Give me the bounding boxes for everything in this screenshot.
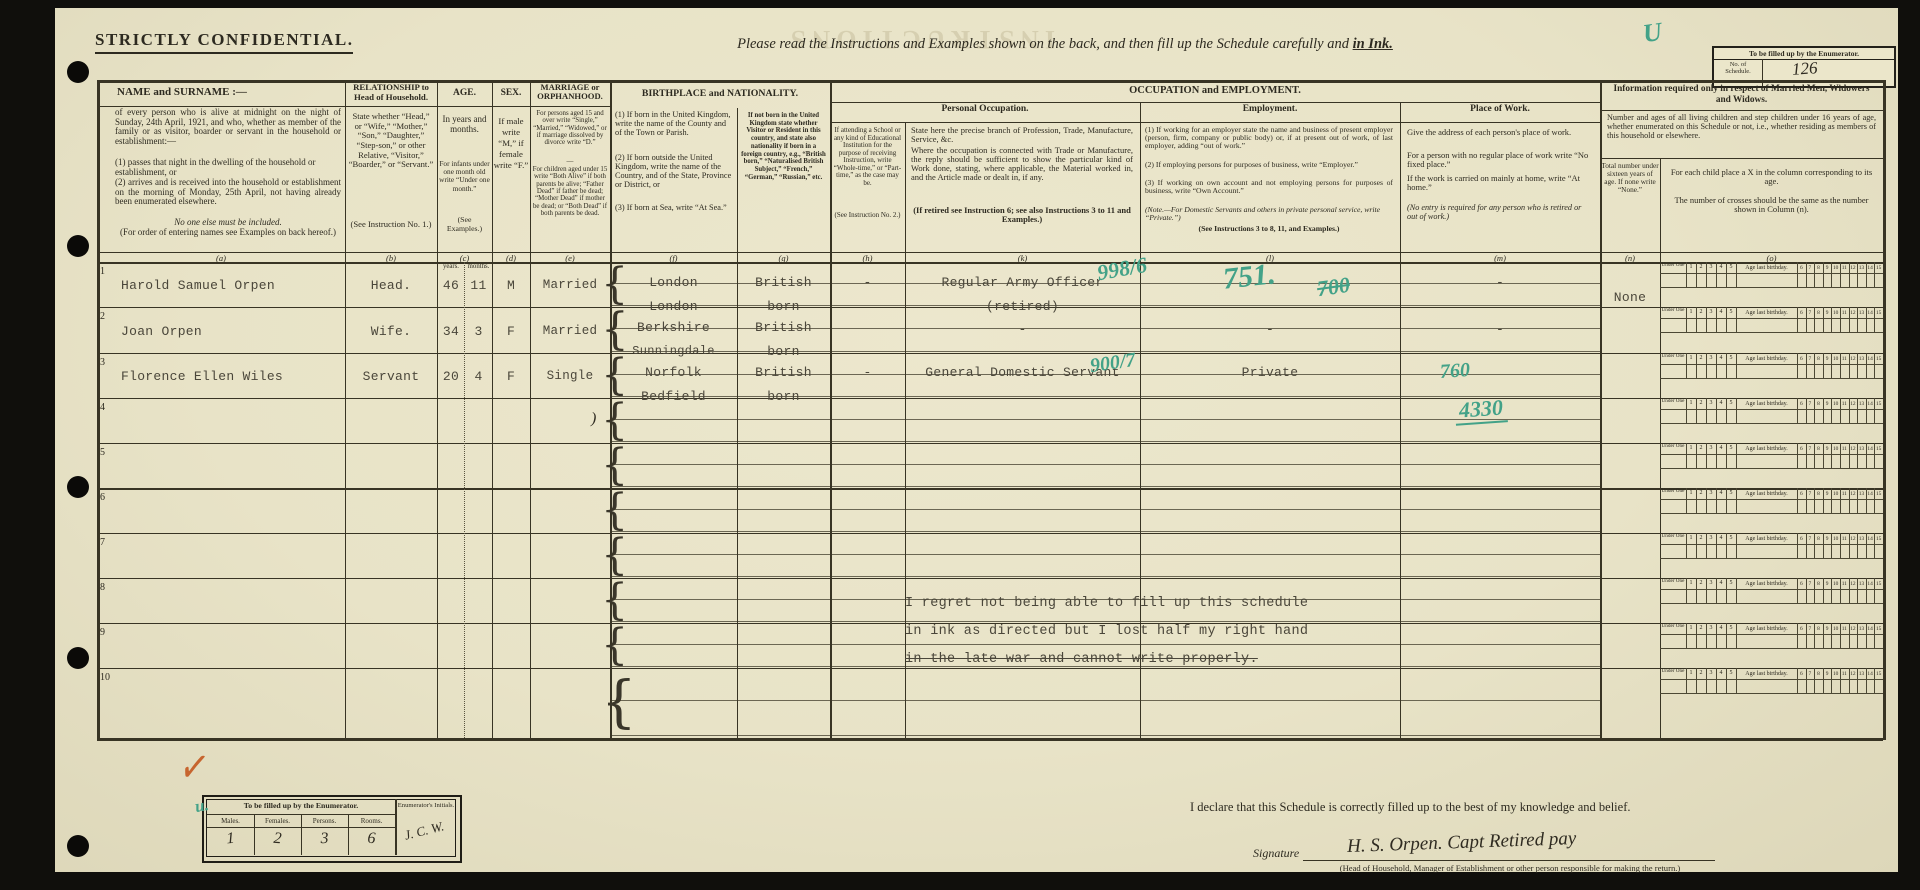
crosses-under-one-label: Under One	[1660, 399, 1686, 404]
crosses-age-cell-label: 1	[1686, 535, 1696, 541]
crosses-age-cell-label: 3	[1706, 309, 1716, 315]
crosses-age-cell-label: 6	[1797, 446, 1806, 452]
grid-hline	[97, 262, 1883, 264]
row-brace: {	[601, 623, 628, 668]
write-line	[610, 621, 1600, 622]
crosses-age-cell-label: 8	[1814, 265, 1823, 271]
cell-total-under16-1: None	[1600, 290, 1660, 305]
crosses-age-last-birthday-label: Age last birthday.	[1736, 491, 1797, 497]
cell-birthplace-line1-1: London	[610, 275, 737, 290]
crosses-grid-hline	[1660, 679, 1883, 680]
crosses-age-cell-label: 6	[1797, 626, 1806, 632]
crosses-age-cell-label: 10	[1831, 491, 1840, 497]
crosses-age-cell-label: 9	[1823, 310, 1832, 316]
crosses-age-cell-label: 10	[1831, 446, 1840, 452]
crosses-age-cell-label: 3	[1706, 490, 1716, 496]
row-number: 7	[100, 537, 114, 548]
crosses-age-cell-label: 9	[1823, 491, 1832, 497]
crosses-age-cell-label: 12	[1849, 491, 1858, 497]
crosses-age-cell-label: 1	[1686, 355, 1696, 361]
crosses-grid-hline	[1660, 544, 1883, 545]
crosses-under-one-label: Under One	[1660, 354, 1686, 359]
crosses-age-cell-label: 3	[1706, 580, 1716, 586]
row-brace: {	[601, 578, 628, 623]
cell-sex-2: F	[492, 324, 530, 339]
crosses-age-cell-label: 2	[1696, 445, 1706, 451]
enumerator-females-value: 2	[253, 828, 301, 849]
cell-age-years-3: 20	[438, 369, 464, 384]
row4-pen-mark: )	[591, 410, 596, 428]
crosses-age-cell-label: 8	[1814, 401, 1823, 407]
crosses-under-one-label: Under One	[1660, 263, 1686, 268]
grid-hline	[97, 488, 1883, 490]
crosses-age-cell-label: 9	[1823, 626, 1832, 632]
enumerator-col-rooms: Rooms.	[348, 817, 395, 825]
crosses-age-cell-label: 4	[1716, 309, 1726, 315]
crosses-grid-hline	[1660, 603, 1883, 604]
row-number: 10	[100, 672, 114, 683]
crosses-age-cell-label: 4	[1716, 625, 1726, 631]
signature-label: Signature	[1253, 846, 1299, 861]
crosses-age-cell-label: 7	[1806, 671, 1815, 677]
write-line	[610, 700, 1600, 701]
crosses-age-cell-label: 5	[1726, 309, 1736, 315]
crosses-age-cell-label: 15	[1874, 356, 1883, 362]
cell-name-1: Harold Samuel Orpen	[121, 278, 275, 293]
grid-hline	[1600, 158, 1883, 159]
cell-school-1: -	[830, 275, 905, 290]
green-employment-code-struck-1: 700	[1315, 272, 1351, 302]
crosses-age-cell-label: 13	[1857, 356, 1866, 362]
crosses-under-one-label: Under One	[1660, 579, 1686, 584]
crosses-age-cell-label: 2	[1696, 535, 1706, 541]
crosses-age-last-birthday-label: Age last birthday.	[1736, 310, 1797, 316]
crosses-age-cell-label: 7	[1806, 626, 1815, 632]
crosses-age-cell-label: 8	[1814, 626, 1823, 632]
write-line	[610, 441, 1600, 442]
row-brace: {	[601, 668, 637, 738]
grid-vline	[437, 80, 438, 738]
crosses-grid-hline	[1660, 468, 1883, 469]
cell-birthplace-line2-3: Bedfield	[610, 389, 737, 404]
cell-age-years-1: 46	[438, 278, 464, 293]
write-line	[610, 554, 1600, 555]
crosses-age-cell-label: 2	[1696, 670, 1706, 676]
crosses-age-cell-label: 4	[1716, 400, 1726, 406]
grid-hline	[97, 353, 1883, 354]
row-number: 8	[100, 582, 114, 593]
crosses-age-cell-label: 14	[1866, 671, 1875, 677]
crosses-age-cell-label: 1	[1686, 400, 1696, 406]
cell-birthplace-line1-3: Norfolk	[610, 365, 737, 380]
crosses-age-cell-label: 2	[1696, 490, 1706, 496]
cell-birthplace-line2-2: Sunningdale	[610, 344, 737, 358]
cell-birthplace-line2-1: London	[610, 299, 737, 314]
write-line	[610, 486, 1600, 487]
crosses-age-cell-label: 8	[1814, 671, 1823, 677]
crosses-age-cell-label: 11	[1840, 536, 1849, 542]
crosses-age-cell-label: 10	[1831, 356, 1840, 362]
crosses-age-cell-label: 6	[1797, 491, 1806, 497]
enumerator-summary-box: To be filled up by the Enumerator. Males…	[202, 795, 462, 863]
crosses-age-cell-label: 7	[1806, 401, 1815, 407]
enumerator-persons-value: 3	[301, 829, 349, 849]
crosses-age-cell-label: 2	[1696, 264, 1706, 270]
crosses-age-cell-label: 11	[1840, 581, 1849, 587]
crosses-age-cell-label: 3	[1706, 625, 1716, 631]
crosses-under-one-label: Under One	[1660, 669, 1686, 674]
crosses-age-cell-label: 3	[1706, 264, 1716, 270]
cell-nationality-line2-1: born	[737, 299, 830, 314]
crosses-age-cell-label: 11	[1840, 446, 1849, 452]
crosses-grid-hline	[1660, 409, 1883, 410]
green-employment-code-1: 751.	[1221, 257, 1277, 296]
green-place-code-3: 760	[1439, 359, 1471, 384]
crosses-age-cell-label: 3	[1706, 400, 1716, 406]
signature-line	[1303, 860, 1715, 861]
crosses-grid-hline	[1660, 273, 1883, 274]
crosses-age-cell-label: 2	[1696, 400, 1706, 406]
crosses-age-cell-label: 10	[1831, 581, 1840, 587]
cell-relationship-3: Servant	[345, 369, 437, 384]
crosses-age-cell-label: 11	[1840, 265, 1849, 271]
crosses-age-cell-label: 6	[1797, 356, 1806, 362]
crosses-age-cell-label: 15	[1874, 491, 1883, 497]
crosses-age-cell-label: 7	[1806, 446, 1815, 452]
grid-vline	[1600, 80, 1602, 738]
crosses-age-cell-label: 8	[1814, 446, 1823, 452]
cell-name-2: Joan Orpen	[121, 324, 202, 339]
crosses-age-cell-label: 4	[1716, 580, 1726, 586]
crosses-age-last-birthday-label: Age last birthday.	[1736, 626, 1797, 632]
crosses-grid-hline	[1660, 318, 1883, 319]
crosses-age-cell-label: 5	[1726, 625, 1736, 631]
crosses-age-cell-label: 4	[1716, 355, 1726, 361]
crosses-grid-hline	[1660, 634, 1883, 635]
crosses-age-cell-label: 8	[1814, 491, 1823, 497]
cell-nationality-line1-2: British	[737, 320, 830, 335]
crosses-age-cell-label: 12	[1849, 446, 1858, 452]
crosses-age-cell-label: 7	[1806, 581, 1815, 587]
crosses-age-cell-label: 2	[1696, 309, 1706, 315]
cell-school-3: -	[830, 365, 905, 380]
crosses-age-cell-label: 1	[1686, 445, 1696, 451]
crosses-age-cell-label: 1	[1686, 670, 1696, 676]
crosses-grid-hline	[1660, 454, 1883, 455]
write-line	[610, 509, 1600, 510]
crosses-age-cell-label: 5	[1726, 670, 1736, 676]
crosses-age-cell-label: 6	[1797, 401, 1806, 407]
crosses-age-cell-label: 15	[1874, 401, 1883, 407]
row-number: 3	[100, 357, 114, 368]
enumerator-col-males: Males.	[207, 817, 254, 825]
crosses-age-cell-label: 14	[1866, 536, 1875, 542]
row-brace: {	[601, 443, 628, 488]
crosses-age-cell-label: 13	[1857, 581, 1866, 587]
crosses-age-cell-label: 7	[1806, 536, 1815, 542]
crosses-age-cell-label: 14	[1866, 401, 1875, 407]
crosses-age-cell-label: 12	[1849, 581, 1858, 587]
grid-vline	[830, 80, 832, 738]
crosses-age-cell-label: 15	[1874, 581, 1883, 587]
crosses-age-cell-label: 3	[1706, 355, 1716, 361]
crosses-age-cell-label: 15	[1874, 626, 1883, 632]
row-number: 4	[100, 402, 114, 413]
crosses-grid-hline	[1660, 378, 1883, 379]
crosses-age-cell-label: 7	[1806, 310, 1815, 316]
crosses-age-cell-label: 6	[1797, 671, 1806, 677]
grid-hline	[97, 578, 1883, 579]
cell-employment-3: Private	[1140, 365, 1400, 380]
crosses-age-cell-label: 5	[1726, 445, 1736, 451]
crosses-age-cell-label: 11	[1840, 401, 1849, 407]
note-line-3: in the late war and cannot write properl…	[905, 652, 1258, 667]
crosses-age-cell-label: 12	[1849, 265, 1858, 271]
crosses-age-cell-label: 14	[1866, 356, 1875, 362]
crosses-age-cell-label: 15	[1874, 310, 1883, 316]
row-number: 2	[100, 311, 114, 322]
scanned-census-schedule: STRICTLY CONFIDENTIAL. INSTRUCTIONS Plea…	[0, 0, 1920, 890]
crosses-age-cell-label: 9	[1823, 536, 1832, 542]
row-brace: {	[601, 398, 628, 443]
enumerator-initials-label: Enumerator's Initials.	[397, 802, 455, 809]
crosses-grid-hline	[1660, 513, 1883, 514]
crosses-under-one-label: Under One	[1660, 444, 1686, 449]
enumerator-rooms-value: 6	[348, 829, 396, 849]
crosses-age-cell-label: 10	[1831, 671, 1840, 677]
crosses-age-cell-label: 15	[1874, 536, 1883, 542]
crosses-age-cell-label: 12	[1849, 310, 1858, 316]
crosses-age-cell-label: 1	[1686, 580, 1696, 586]
crosses-grid-hline	[1660, 332, 1883, 333]
crosses-age-cell-label: 5	[1726, 355, 1736, 361]
crosses-age-cell-label: 13	[1857, 401, 1866, 407]
cell-relationship-1: Head.	[345, 278, 437, 293]
grid-hline	[830, 102, 1600, 103]
grid-vline	[492, 80, 493, 738]
crosses-age-cell-label: 9	[1823, 581, 1832, 587]
cell-nationality-line2-3: born	[737, 389, 830, 404]
crosses-age-cell-label: 14	[1866, 265, 1875, 271]
crosses-age-last-birthday-label: Age last birthday.	[1736, 401, 1797, 407]
crosses-age-cell-label: 9	[1823, 356, 1832, 362]
crosses-age-cell-label: 1	[1686, 490, 1696, 496]
grid-vline	[1140, 102, 1141, 738]
crosses-age-cell-label: 4	[1716, 490, 1726, 496]
cell-employment-2: -	[1140, 322, 1400, 337]
crosses-age-cell-label: 5	[1726, 490, 1736, 496]
crosses-age-cell-label: 5	[1726, 535, 1736, 541]
cell-marriage-2: Married	[531, 324, 609, 338]
grid-hline	[830, 122, 1600, 123]
crosses-age-cell-label: 14	[1866, 310, 1875, 316]
write-line	[610, 576, 1600, 577]
crosses-age-cell-label: 4	[1716, 445, 1726, 451]
crosses-age-cell-label: 1	[1686, 264, 1696, 270]
signature-caption: (Head of Household, Manager of Establish…	[1295, 863, 1725, 873]
grid-hline	[1600, 110, 1883, 111]
crosses-age-last-birthday-label: Age last birthday.	[1736, 356, 1797, 362]
crosses-age-cell-label: 12	[1849, 401, 1858, 407]
crosses-age-cell-label: 7	[1806, 265, 1815, 271]
crosses-age-cell-label: 14	[1866, 626, 1875, 632]
crosses-age-cell-label: 7	[1806, 356, 1815, 362]
enumerator-col-persons: Persons.	[301, 817, 348, 825]
crosses-age-cell-label: 3	[1706, 670, 1716, 676]
crosses-age-cell-label: 6	[1797, 310, 1806, 316]
crosses-age-cell-label: 12	[1849, 536, 1858, 542]
crosses-age-cell-label: 14	[1866, 491, 1875, 497]
grid-hline	[97, 398, 1883, 399]
cell-birthplace-line1-2: Berkshire	[610, 320, 737, 335]
crosses-age-cell-label: 4	[1716, 264, 1726, 270]
crosses-age-last-birthday-label: Age last birthday.	[1736, 581, 1797, 587]
cell-nationality-line2-2: born	[737, 344, 830, 359]
row-number: 6	[100, 492, 114, 503]
declaration-text: I declare that this Schedule is correctl…	[1190, 800, 1750, 815]
crosses-age-cell-label: 11	[1840, 356, 1849, 362]
cell-marriage-3: Single	[531, 369, 609, 383]
row-brace: {	[601, 488, 628, 533]
crosses-age-cell-label: 10	[1831, 401, 1840, 407]
green-place-code2-3: 4330	[1454, 394, 1508, 426]
cell-age-months-3: 4	[466, 369, 491, 384]
crosses-age-cell-label: 12	[1849, 356, 1858, 362]
grid-hline	[97, 106, 610, 107]
crosses-age-cell-label: 11	[1840, 310, 1849, 316]
crosses-age-cell-label: 6	[1797, 265, 1806, 271]
cell-marriage-1: Married	[531, 278, 609, 292]
crosses-age-cell-label: 13	[1857, 446, 1866, 452]
crosses-grid-hline	[1660, 364, 1883, 365]
crosses-age-cell-label: 10	[1831, 310, 1840, 316]
crosses-age-cell-label: 8	[1814, 581, 1823, 587]
crosses-age-cell-label: 2	[1696, 625, 1706, 631]
crosses-age-cell-label: 15	[1874, 265, 1883, 271]
row-brace: {	[601, 533, 628, 578]
crosses-age-cell-label: 12	[1849, 626, 1858, 632]
enumerator-box-header: To be filled up by the Enumerator.	[208, 801, 394, 810]
crosses-age-cell-label: 3	[1706, 445, 1716, 451]
crosses-age-cell-label: 1	[1686, 309, 1696, 315]
row-number: 1	[100, 266, 114, 277]
write-line	[610, 644, 1600, 645]
crosses-age-cell-label: 6	[1797, 581, 1806, 587]
crosses-age-cell-label: 5	[1726, 580, 1736, 586]
paper-sheet: STRICTLY CONFIDENTIAL. INSTRUCTIONS Plea…	[55, 8, 1898, 872]
crosses-grid-hline	[1660, 693, 1883, 694]
crosses-age-last-birthday-label: Age last birthday.	[1736, 446, 1797, 452]
crosses-age-cell-label: 3	[1706, 535, 1716, 541]
crosses-grid-hline	[1660, 558, 1883, 559]
crosses-age-cell-label: 10	[1831, 626, 1840, 632]
crosses-age-cell-label: 5	[1726, 400, 1736, 406]
crosses-age-cell-label: 13	[1857, 671, 1866, 677]
crosses-age-last-birthday-label: Age last birthday.	[1736, 536, 1797, 542]
crosses-age-cell-label: 13	[1857, 310, 1866, 316]
cell-age-months-1: 11	[466, 278, 491, 293]
crosses-age-cell-label: 4	[1716, 670, 1726, 676]
crosses-under-one-label: Under One	[1660, 624, 1686, 629]
cell-place-1: -	[1400, 275, 1600, 290]
crosses-age-cell-label: 10	[1831, 536, 1840, 542]
crosses-under-one-label: Under One	[1660, 489, 1686, 494]
cell-place-2: -	[1400, 322, 1600, 337]
crosses-age-cell-label: 8	[1814, 310, 1823, 316]
write-line	[610, 531, 1600, 532]
crosses-grid-hline	[1660, 648, 1883, 649]
cell-age-months-2: 3	[466, 324, 491, 339]
crosses-age-cell-label: 1	[1686, 625, 1696, 631]
crosses-age-cell-label: 11	[1840, 491, 1849, 497]
crosses-age-cell-label: 10	[1831, 265, 1840, 271]
crosses-age-cell-label: 11	[1840, 626, 1849, 632]
crosses-age-cell-label: 6	[1797, 536, 1806, 542]
crosses-age-cell-label: 9	[1823, 265, 1832, 271]
crosses-grid-hline	[1660, 499, 1883, 500]
grid-vline	[905, 122, 906, 738]
crosses-grid-hline	[1660, 589, 1883, 590]
crosses-age-last-birthday-label: Age last birthday.	[1736, 265, 1797, 271]
write-line	[610, 735, 1600, 736]
grid-hline	[97, 80, 1883, 83]
crosses-age-cell-label: 13	[1857, 491, 1866, 497]
grid-hline	[97, 443, 1883, 444]
crosses-age-cell-label: 2	[1696, 580, 1706, 586]
grid-vline	[530, 80, 531, 738]
cell-sex-1: M	[492, 278, 530, 293]
crosses-age-cell-label: 13	[1857, 265, 1866, 271]
crosses-age-cell-label: 8	[1814, 536, 1823, 542]
cell-name-3: Florence Ellen Wiles	[121, 369, 283, 384]
write-line	[610, 464, 1600, 465]
note-line-1: I regret not being able to fill up this …	[905, 596, 1308, 611]
grid-hline	[97, 252, 1883, 253]
crosses-age-cell-label: 11	[1840, 671, 1849, 677]
cell-nationality-line1-3: British	[737, 365, 830, 380]
crosses-age-last-birthday-label: Age last birthday.	[1736, 671, 1797, 677]
grid-hline	[97, 668, 1883, 669]
crosses-under-one-label: Under One	[1660, 534, 1686, 539]
grid-vline	[345, 80, 346, 738]
crosses-age-cell-label: 4	[1716, 535, 1726, 541]
cell-occupation-2: -	[905, 322, 1140, 337]
crosses-age-cell-label: 14	[1866, 581, 1875, 587]
crosses-age-cell-label: 7	[1806, 491, 1815, 497]
age-dotted-divider	[464, 262, 465, 738]
crosses-age-cell-label: 9	[1823, 446, 1832, 452]
note-line-2: in ink as directed but I lost half my ri…	[905, 624, 1308, 639]
grid-vline	[1400, 102, 1401, 738]
crosses-age-cell-label: 5	[1726, 264, 1736, 270]
crosses-age-cell-label: 15	[1874, 671, 1883, 677]
crosses-age-cell-label: 8	[1814, 356, 1823, 362]
crosses-grid-hline	[1660, 423, 1883, 424]
grid-hline	[97, 738, 1883, 741]
enumerator-col-females: Females.	[254, 817, 301, 825]
cell-occupation-line2-1: (retired)	[905, 299, 1140, 314]
cell-sex-3: F	[492, 369, 530, 384]
crosses-age-cell-label: 14	[1866, 446, 1875, 452]
cell-relationship-2: Wife.	[345, 324, 437, 339]
write-line	[610, 419, 1600, 420]
crosses-age-cell-label: 9	[1823, 671, 1832, 677]
crosses-age-cell-label: 2	[1696, 355, 1706, 361]
crosses-age-cell-label: 15	[1874, 446, 1883, 452]
crosses-age-cell-label: 13	[1857, 626, 1866, 632]
crosses-under-one-label: Under One	[1660, 308, 1686, 313]
schedule-table-grid: 1{Under One12345Age last birthday.678910…	[55, 8, 1898, 872]
